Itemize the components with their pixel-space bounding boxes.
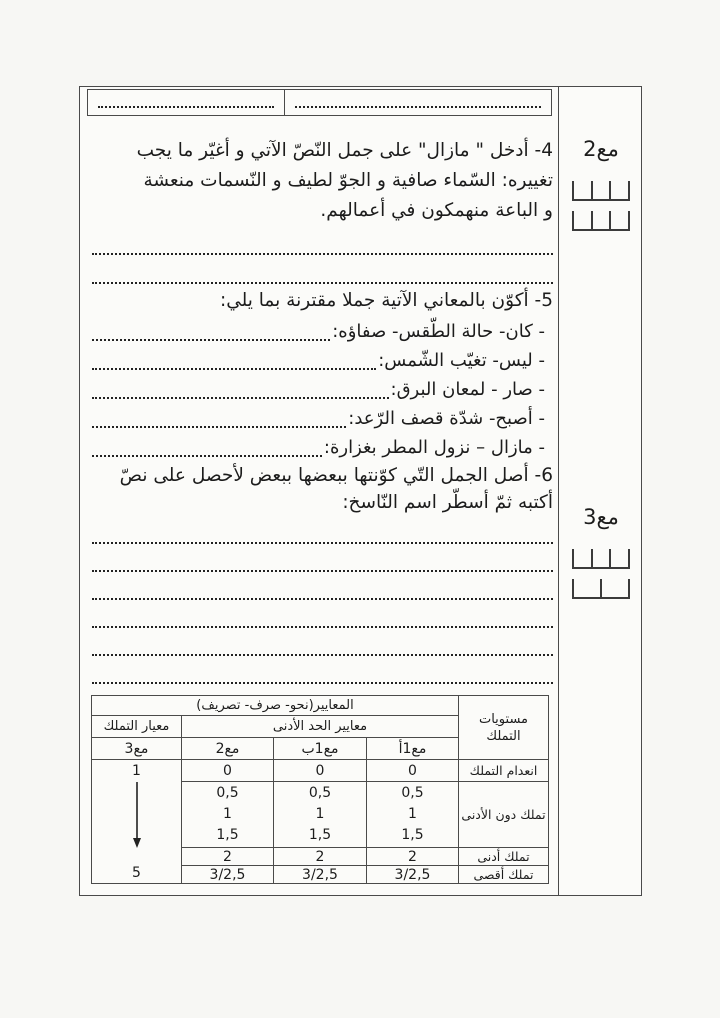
levels-header-cell: مستويات التملك bbox=[459, 696, 549, 760]
score-box bbox=[609, 211, 630, 229]
score-line: 1,5 bbox=[369, 825, 456, 846]
score-cell: 0 bbox=[182, 760, 274, 782]
scale-wrap: 1 5 bbox=[94, 761, 179, 883]
score-cell: 2 bbox=[182, 848, 274, 866]
dotted-answer-line bbox=[92, 226, 553, 255]
score-cell: 0 bbox=[367, 760, 459, 782]
question-5-item: - صار - لمعان البرق: bbox=[92, 375, 553, 404]
question-4-line-1: 4- أدخل " مازال" على جمل النّصّ الآتي و … bbox=[92, 136, 553, 166]
score-box bbox=[572, 181, 591, 199]
level-label: تملك أقصى bbox=[459, 866, 549, 884]
dotted-answer-line bbox=[92, 656, 553, 684]
score-cell: 0 bbox=[274, 760, 367, 782]
score-line: 1 bbox=[276, 804, 364, 825]
score-box bbox=[609, 549, 630, 567]
dotted-fill bbox=[92, 317, 330, 341]
score-line: 1 bbox=[369, 804, 456, 825]
score-box bbox=[572, 579, 600, 597]
score-cell: 3/2,5 bbox=[367, 866, 459, 884]
dotted-answer-line bbox=[92, 544, 553, 572]
column-header-m2: مع2 bbox=[182, 738, 274, 760]
item-text: - ليس- تغيّب الشّمس: bbox=[378, 346, 545, 375]
score-line: 1,5 bbox=[184, 825, 271, 846]
score-cell: 3/2,5 bbox=[182, 866, 274, 884]
dotted-fill bbox=[92, 375, 389, 399]
page-frame: 4- أدخل " مازال" على جمل النّصّ الآتي و … bbox=[79, 86, 642, 896]
criterion-label-m2: مع2 bbox=[559, 137, 643, 161]
min-criteria-header-cell: معايير الحد الأدنى bbox=[182, 716, 459, 738]
score-cell: 2 bbox=[367, 848, 459, 866]
score-box bbox=[572, 211, 591, 229]
scoring-margin-column: مع2 مع3 bbox=[558, 87, 643, 895]
score-grid-3cells bbox=[572, 549, 630, 569]
item-text: - مازال – نزول المطر بغزارة: bbox=[324, 433, 545, 462]
level-label: تملك دون الأدنى bbox=[459, 782, 549, 848]
score-line: 0,5 bbox=[184, 783, 271, 804]
dotted-answer-line bbox=[92, 600, 553, 628]
dotted-answer-line bbox=[92, 572, 553, 600]
score-cell: 3/2,5 bbox=[274, 866, 367, 884]
score-grid-3cells bbox=[572, 211, 630, 231]
score-box bbox=[609, 181, 630, 199]
dotted-answer-line bbox=[98, 106, 274, 108]
score-cell: 2 bbox=[274, 848, 367, 866]
score-box bbox=[600, 579, 630, 597]
question-6: 6- أصل الجمل التّي كوّنتها ببعضها ببعض ل… bbox=[92, 462, 553, 516]
criterion-label-m3: مع3 bbox=[559, 505, 643, 529]
criteria-header-cell: المعايير(نحو- صرف- تصريف) bbox=[91, 696, 458, 716]
dotted-answer-line bbox=[92, 516, 553, 544]
dotted-fill bbox=[92, 346, 376, 370]
score-line: 1 bbox=[184, 804, 271, 825]
dotted-answer-line bbox=[295, 106, 541, 108]
item-text: - أصبح- شدّة قصف الرّعد: bbox=[348, 404, 545, 433]
scale-top-value: 1 bbox=[132, 761, 141, 782]
score-grid-3cells bbox=[572, 181, 630, 201]
item-text: - كان- حالة الطّقس- صفاؤه: bbox=[332, 317, 545, 346]
score-line: 1,5 bbox=[276, 825, 364, 846]
question-5-heading: 5- أكوّن بالمعاني الآتية جملا مقترنة بما… bbox=[92, 284, 553, 317]
column-header-m3: مع3 bbox=[91, 738, 181, 760]
scale-bottom-value: 5 bbox=[132, 864, 141, 883]
column-header-m1b: مع1ب bbox=[274, 738, 367, 760]
question-5-item: - ليس- تغيّب الشّمس: bbox=[92, 346, 553, 375]
question-5-item: - أصبح- شدّة قصف الرّعد: bbox=[92, 404, 553, 433]
question-4: 4- أدخل " مازال" على جمل النّصّ الآتي و … bbox=[92, 136, 553, 226]
criterion-label-cell: معيار التملك bbox=[91, 716, 181, 738]
question-4-line-3: و الباعة منهمكون في أعمالهم. bbox=[92, 196, 553, 226]
question-5-item: - كان- حالة الطّقس- صفاؤه: bbox=[92, 317, 553, 346]
down-arrow-icon bbox=[131, 782, 143, 848]
question-6-line-1: 6- أصل الجمل التّي كوّنتها ببعضها ببعض ل… bbox=[92, 462, 553, 489]
score-box bbox=[591, 181, 610, 199]
dotted-fill bbox=[92, 404, 346, 428]
level-label: انعدام التملك bbox=[459, 760, 549, 782]
score-line: 0,5 bbox=[369, 783, 456, 804]
score-cell: 0,5 1 1,5 bbox=[274, 782, 367, 848]
score-box bbox=[591, 549, 610, 567]
header-answer-box bbox=[87, 89, 552, 116]
dotted-answer-line bbox=[92, 255, 553, 284]
exercise-content: 4- أدخل " مازال" على جمل النّصّ الآتي و … bbox=[92, 136, 553, 884]
score-grid-2cells bbox=[572, 579, 630, 599]
dotted-fill bbox=[92, 433, 322, 457]
score-box bbox=[591, 211, 610, 229]
score-cell: 0,5 1 1,5 bbox=[182, 782, 274, 848]
dotted-answer-line bbox=[92, 628, 553, 656]
score-cell: 0,5 1 1,5 bbox=[367, 782, 459, 848]
score-box bbox=[572, 549, 591, 567]
level-label: تملك أدنى bbox=[459, 848, 549, 866]
question-4-line-2: تغييره: السّماء صافية و الجوّ لطيف و الن… bbox=[92, 166, 553, 196]
item-text: - صار - لمعان البرق: bbox=[391, 375, 546, 404]
scale-cell: 1 5 bbox=[91, 760, 181, 884]
answer-cell-right bbox=[285, 90, 551, 115]
score-line: 0,5 bbox=[276, 783, 364, 804]
main-content-area: 4- أدخل " مازال" على جمل النّصّ الآتي و … bbox=[80, 87, 558, 895]
question-5-item: - مازال – نزول المطر بغزارة: bbox=[92, 433, 553, 462]
answer-cell-left bbox=[88, 90, 285, 115]
question-6-line-2: أكتبه ثمّ أسطّر اسم النّاسخ: bbox=[92, 489, 553, 516]
column-header-m1a: مع1أ bbox=[367, 738, 459, 760]
grading-table: مستويات التملك المعايير(نحو- صرف- تصريف)… bbox=[91, 695, 549, 884]
